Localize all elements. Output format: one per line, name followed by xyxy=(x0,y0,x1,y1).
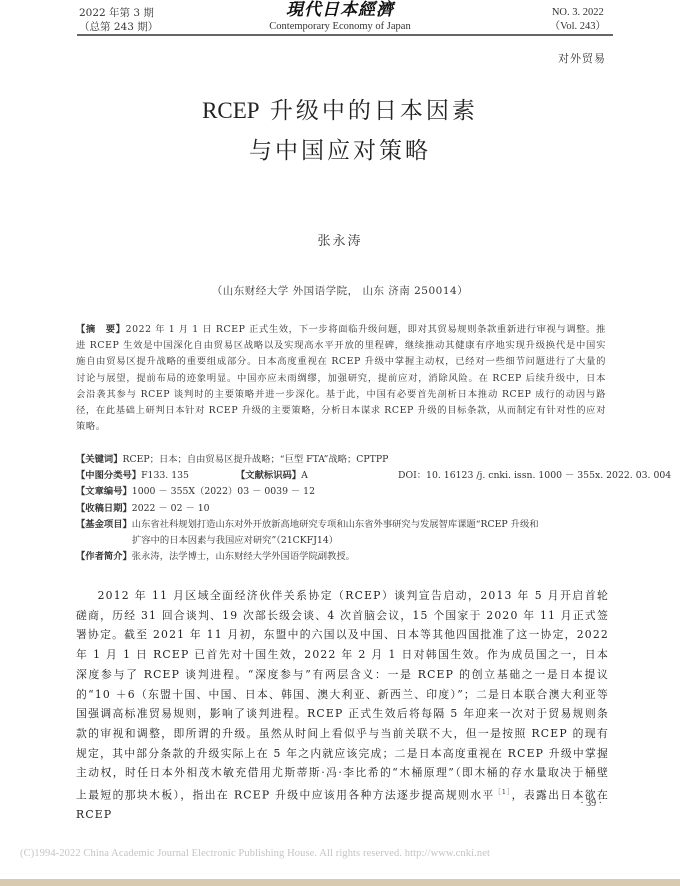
section-label: 对外贸易 xyxy=(558,50,606,66)
doi: DOI：10. 16123 /j. cnki. issn. 1000 － 355… xyxy=(398,468,671,484)
journal-masthead: 現代日本經濟 Contemporary Economy of Japan xyxy=(240,0,440,33)
title-line-1-cn: 升级中的日本因素 xyxy=(260,98,478,124)
author-bio-value: 张永涛，法学博士，山东财经大学外国语学院副教授。 xyxy=(132,551,355,562)
abstract-label: 【摘 要】 xyxy=(76,324,126,335)
article-title-line-2: 与中国应对策略 xyxy=(0,133,680,169)
article-number-row: 【文章编号】1000 － 355X（2022）03 － 0039 － 12 xyxy=(76,484,616,500)
article-body: 2012 年 11 月区域全面经济伙伴关系协定（RCEP）谈判宣告启动，2013… xyxy=(76,586,609,825)
article-number-label: 【文章编号】 xyxy=(76,486,132,497)
received-date-label: 【收稿日期】 xyxy=(76,503,132,514)
fund-row-continued: 扩容中的日本因素与我国应对研究”（21CKFJ14） xyxy=(76,533,616,549)
fund-row: 【基金项目】山东省社科规划打造山东对外开放新高地研究专项和山东省外事研究与发展智… xyxy=(76,517,616,533)
author-affiliation: （山东财经大学 外国语学院， 山东 济南 250014） xyxy=(0,283,680,298)
keywords-label: 【关键词】 xyxy=(76,454,123,465)
received-date-value: 2022 － 02 － 10 xyxy=(132,503,210,514)
article-title-line-1: RCEP 升级中的日本因素 xyxy=(0,93,680,129)
journal-page: 2022 年第 3 期 （总第 243 期） 現代日本經濟 Contempora… xyxy=(0,0,680,886)
body-paragraph: 2012 年 11 月区域全面经济伙伴关系协定（RCEP）谈判宣告启动，2013… xyxy=(76,586,609,825)
bottom-border xyxy=(0,879,680,886)
clc-value: F133. 135 xyxy=(141,470,189,481)
keywords-row: 【关键词】RCEP；日本；自由贸易区提升战略；“巨型 FTA”战略；CPTPP xyxy=(76,452,616,468)
article-number-value: 1000 － 355X（2022）03 － 0039 － 12 xyxy=(132,486,315,497)
fund-value-line-1: 山东省社科规划打造山东对外开放新高地研究专项和山东省外事研究与发展智库课题“RC… xyxy=(132,519,539,530)
journal-logo: 現代日本經濟 xyxy=(240,0,440,20)
copyright-watermark: (C)1994-2022 China Academic Journal Elec… xyxy=(20,848,490,859)
fund-label: 【基金项目】 xyxy=(76,519,132,530)
header-divider xyxy=(77,34,613,36)
abstract-text: 2022 年 1 月 1 日 RCEP 正式生效，下一步将面临升级问题，即对其贸… xyxy=(76,324,606,432)
page-number: · 39 · xyxy=(580,798,602,809)
author-name: 张永涛 xyxy=(0,230,680,249)
volume-number: NO. 3. 2022 xyxy=(550,6,606,20)
clc-label: 【中图分类号】 xyxy=(76,470,141,481)
doc-code-value: A xyxy=(301,470,308,481)
received-date-row: 【收稿日期】2022 － 02 － 10 xyxy=(76,501,616,517)
citation-1[interactable]: ［1］ xyxy=(495,789,512,796)
keywords-value: RCEP；日本；自由贸易区提升战略；“巨型 FTA”战略；CPTPP xyxy=(123,454,389,465)
issue-info: 2022 年第 3 期 （总第 243 期） xyxy=(79,6,158,34)
fund-value-line-2: 扩容中的日本因素与我国应对研究”（21CKFJ14） xyxy=(132,535,338,546)
abstract: 【摘 要】2022 年 1 月 1 日 RCEP 正式生效，下一步将面临升级问题… xyxy=(76,322,606,435)
volume-info: NO. 3. 2022 （Vol. 243） xyxy=(550,6,606,34)
title-rcep: RCEP xyxy=(202,98,260,123)
author-bio-label: 【作者简介】 xyxy=(76,551,132,562)
volume-total: （Vol. 243） xyxy=(550,20,606,34)
classification-row: 【中图分类号】F133. 135 【文献标识码】A DOI：10. 16123 … xyxy=(76,468,616,484)
issue-total-number: （总第 243 期） xyxy=(79,20,158,34)
body-text-main: 2012 年 11 月区域全面经济伙伴关系协定（RCEP）谈判宣告启动，2013… xyxy=(76,589,609,802)
journal-english-name: Contemporary Economy of Japan xyxy=(240,20,440,33)
doc-code: 【文献标识码】A xyxy=(236,468,308,484)
author-bio-row: 【作者简介】张永涛，法学博士，山东财经大学外国语学院副教授。 xyxy=(76,549,616,565)
article-metadata: 【关键词】RCEP；日本；自由贸易区提升战略；“巨型 FTA”战略；CPTPP … xyxy=(76,452,616,565)
doc-code-label: 【文献标识码】 xyxy=(236,470,301,481)
issue-year-number: 2022 年第 3 期 xyxy=(79,6,158,20)
